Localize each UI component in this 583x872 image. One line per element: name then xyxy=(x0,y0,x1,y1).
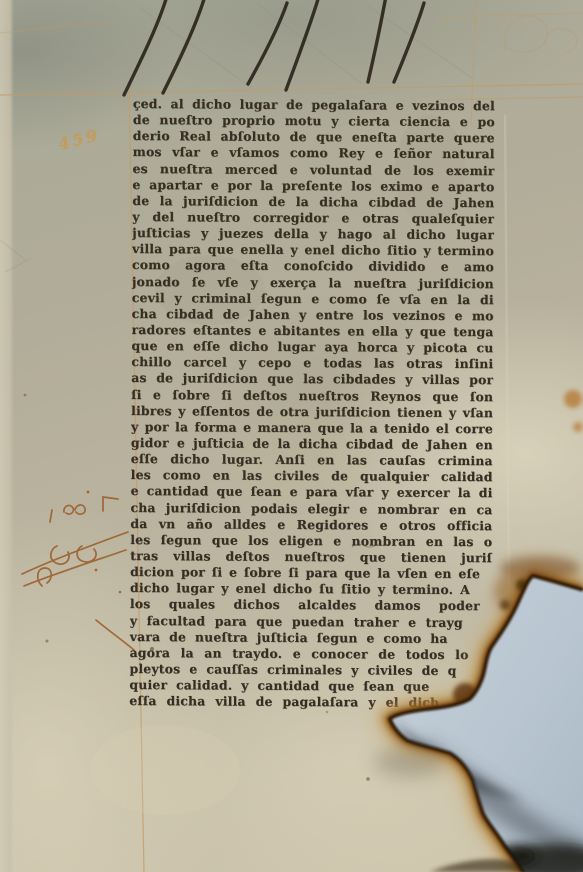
manuscript-photo: 459 çed. al dicho lugar de pegalaſara e … xyxy=(0,0,583,872)
damage-layer xyxy=(0,0,583,872)
